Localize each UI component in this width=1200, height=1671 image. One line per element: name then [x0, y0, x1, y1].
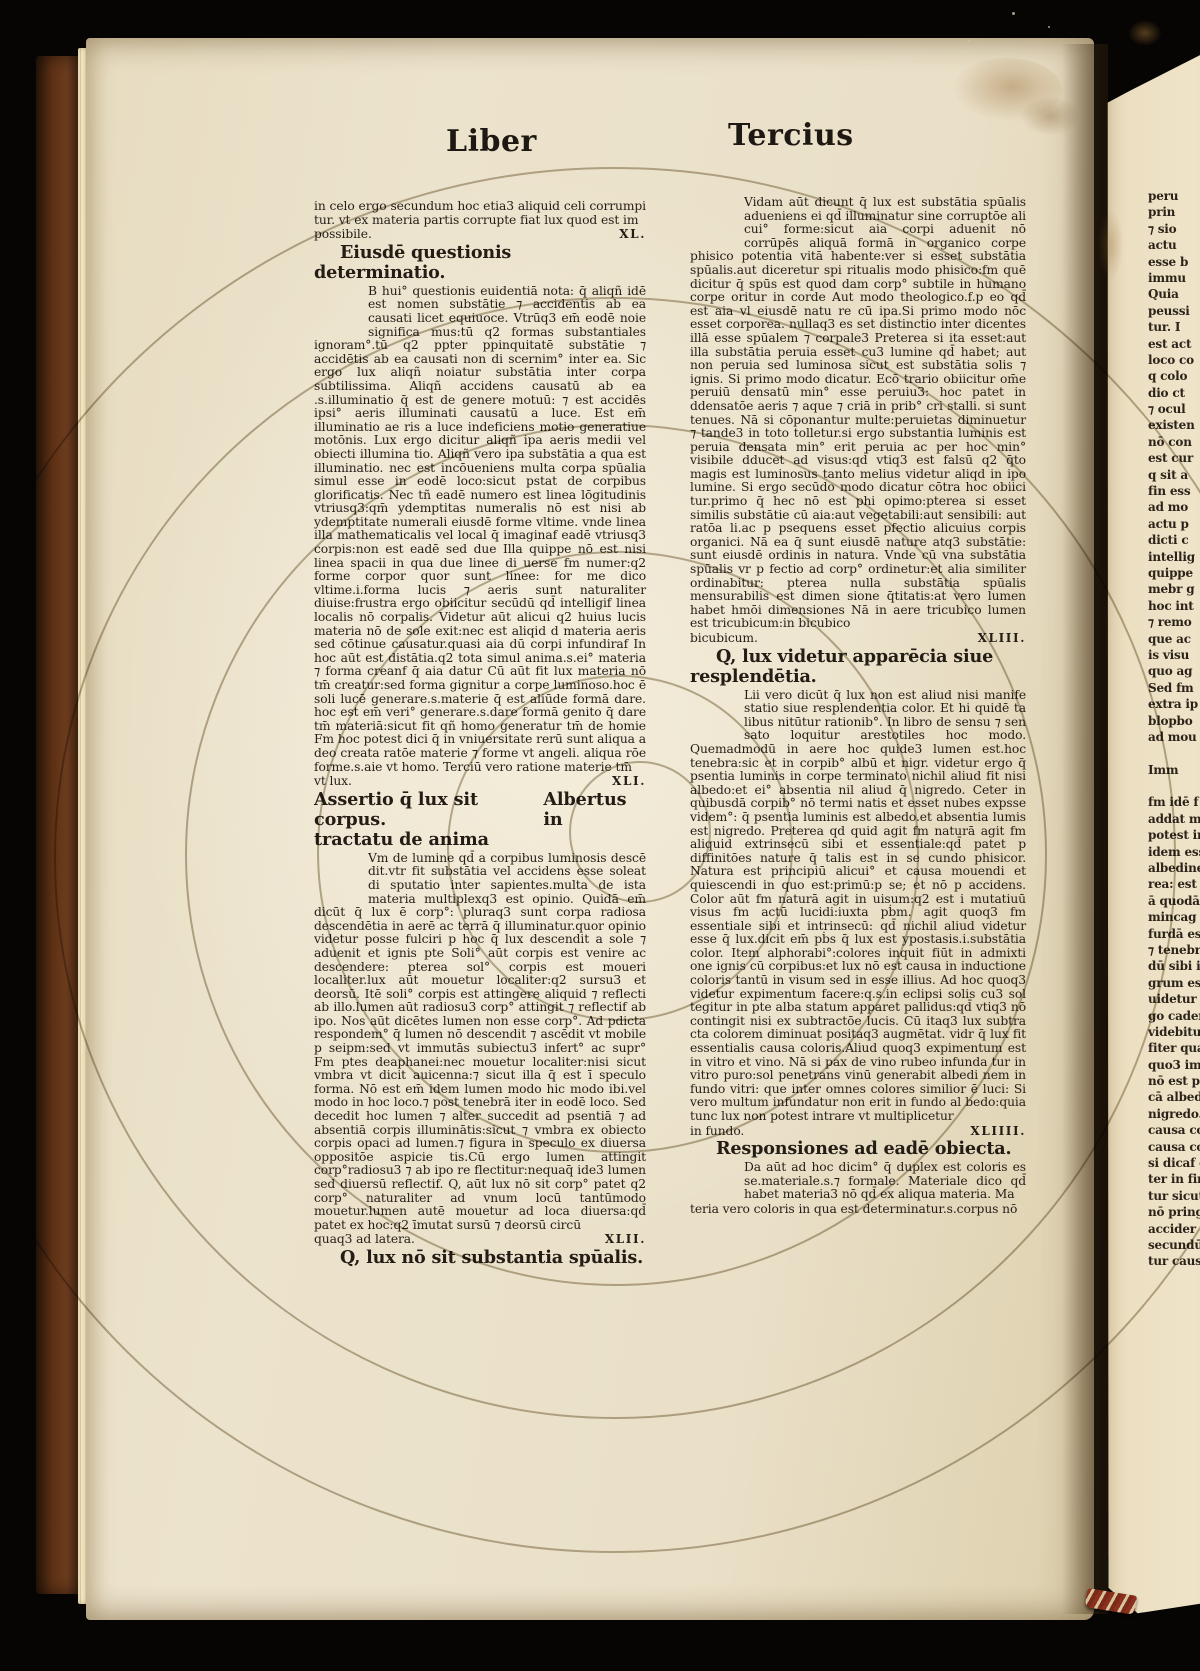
initial-letter-space	[690, 1161, 744, 1202]
edge-text-fragment: causa com	[1148, 1122, 1200, 1138]
edge-text-fragment: idem esse	[1148, 844, 1200, 860]
edge-text-fragment: potest in	[1148, 827, 1200, 843]
initial-letter-space	[690, 196, 744, 237]
initial-letter-space	[314, 852, 368, 893]
edge-text-fragment: rea: est p	[1148, 876, 1200, 892]
edge-text-fragment: intellig	[1148, 549, 1200, 565]
dust-speck	[968, 40, 970, 42]
chapter-roman-numeral: XLI.	[612, 775, 646, 789]
paragraph-text: Da aūt ad hoc dicim° q̄ duplex est color…	[744, 1160, 1026, 1201]
last-line-text: teria vero coloris in qua est determinat…	[690, 1203, 1017, 1217]
edge-text-fragment: esse b	[1148, 254, 1200, 270]
edge-text-fragment: nigredo.	[1148, 1106, 1200, 1122]
edge-text-fragment: si dicaf q̄	[1148, 1155, 1200, 1171]
edge-text-fragment: q colo	[1148, 368, 1200, 384]
text-column-left: in celo ergo secundum hoc etia3 aliquid …	[314, 200, 646, 1270]
section-heading: Assertio q̄ lux sit corpus.Albertus in	[314, 790, 646, 830]
edge-text-fragment: actu	[1148, 237, 1200, 253]
section-heading: Q, lux videtur apparēcia siue resplendēt…	[690, 647, 1026, 687]
section-heading: Q, lux nō sit substantia spūalis.	[314, 1248, 646, 1268]
text-column-right: Vidam aūt dicunt q̄ lux est substātia sp…	[690, 196, 1026, 1217]
running-header-tercius: Tercius	[728, 118, 854, 153]
last-line-text: possibile.	[314, 228, 372, 242]
heading-text: Assertio q̄ lux sit corpus.	[314, 790, 543, 830]
paragraph: Lii vero dicūt q̄ lux non est aliud nisi…	[690, 689, 1026, 1124]
edge-text-fragment: actu p	[1148, 516, 1200, 532]
edge-text-fragment: cā albedi	[1148, 1089, 1200, 1105]
edge-text-fragment: nō pring	[1148, 1204, 1200, 1220]
edge-text-fragment: quo ag	[1148, 663, 1200, 679]
edge-text-fragment: fm idē f	[1148, 794, 1200, 810]
edge-text-fragment: est act	[1148, 336, 1200, 352]
edge-text-fragment	[1148, 778, 1200, 794]
edge-text-fragment: prin	[1148, 204, 1200, 220]
paragraph: Vidam aūt dicunt q̄ lux est substātia sp…	[690, 196, 1026, 631]
edge-text-fragment: mebr g	[1148, 581, 1200, 597]
leather-board-edge	[36, 56, 80, 1594]
edge-text-fragment: q sit a	[1148, 467, 1200, 483]
edge-text-fragment: quippe	[1148, 565, 1200, 581]
chapter-roman-numeral: XLIIII.	[970, 1125, 1026, 1139]
chapter-roman-numeral: XLII.	[605, 1233, 646, 1247]
edge-text-fragment: grum est	[1148, 975, 1200, 991]
edge-text-fragment: que ac	[1148, 631, 1200, 647]
last-line-text: quaq3 ad latera.	[314, 1233, 415, 1247]
edge-text-fragment: ad mou	[1148, 729, 1200, 745]
paragraph-text: in celo ergo secundum hoc etia3 aliquid …	[314, 199, 646, 227]
paragraph-text: Vm de lumine qd̄ a corpibus luminosis de…	[314, 851, 646, 1232]
edge-text-fragment: mincag	[1148, 909, 1200, 925]
last-line-text: bicubicum.	[690, 632, 758, 646]
edge-text-fragment: ter in fin	[1148, 1171, 1200, 1187]
edge-text-fragment: existen	[1148, 417, 1200, 433]
edge-text-fragment: Quia	[1148, 286, 1200, 302]
edge-text-fragment: videbitur	[1148, 1024, 1200, 1040]
last-line-text: in fundo.	[690, 1125, 744, 1139]
edge-text-fragment: hoc int	[1148, 598, 1200, 614]
edge-text-fragment: nō est pot	[1148, 1073, 1200, 1089]
edge-text-fragment: quo3 im	[1148, 1057, 1200, 1073]
paragraph-last-line: bicubicum.XLIII.	[690, 632, 1026, 646]
paragraph: B hui° questionis euidentiā nota: q̄ ali…	[314, 285, 646, 774]
dust-speck	[1012, 12, 1015, 15]
edge-text-fragment: ⁊ remo	[1148, 614, 1200, 630]
last-line-text: vt lux.	[314, 775, 352, 789]
paragraph-last-line: vt lux.XLI.	[314, 775, 646, 789]
dust-speck	[1048, 26, 1050, 28]
heading-author: Albertus in	[543, 790, 646, 830]
paragraph: in celo ergo secundum hoc etia3 aliquid …	[314, 200, 646, 227]
paragraph-text: B hui° questionis euidentiā nota: q̄ ali…	[314, 284, 646, 774]
edge-text-fragment: causa cor	[1148, 1139, 1200, 1155]
edge-text-fragment: nō con	[1148, 434, 1200, 450]
edge-text-fragment: ad mo	[1148, 499, 1200, 515]
edge-text-fragment: tur causs	[1148, 1253, 1200, 1269]
edge-text-fragment: peussi	[1148, 303, 1200, 319]
initial-letter-space	[314, 285, 368, 326]
edge-text-fragment: tur. I	[1148, 319, 1200, 335]
edge-text-fragment: fiter qua	[1148, 1040, 1200, 1056]
edge-text-fragment: dū sibi ip	[1148, 958, 1200, 974]
edge-text-fragment: is visu	[1148, 647, 1200, 663]
facing-page-text-fragments: peruprin⁊ sioactuesse bimmuQuiapeussitur…	[1148, 188, 1200, 1270]
edge-text-fragment: ā quodā	[1148, 893, 1200, 909]
edge-text-fragment: peru	[1148, 188, 1200, 204]
edge-text-fragment: secundū	[1148, 1237, 1200, 1253]
paragraph-text: Vidam aūt dicunt q̄ lux est substātia sp…	[690, 195, 1026, 630]
initial-letter-space	[690, 689, 744, 730]
section-heading-continuation: tractatu de anima	[314, 830, 646, 850]
edge-text-fragment: furdā est	[1148, 926, 1200, 942]
chapter-roman-numeral: XLIII.	[978, 632, 1026, 646]
edge-text-fragment: loco co	[1148, 352, 1200, 368]
running-header-liber: Liber	[446, 124, 537, 159]
section-heading: Eiusdē questionis determinatio.	[314, 243, 646, 283]
edge-text-fragment: uidetur lu	[1148, 991, 1200, 1007]
foxing-stain	[1128, 20, 1162, 46]
paragraph-last-line: possibile.XL.	[314, 228, 646, 242]
edge-text-fragment	[1148, 745, 1200, 761]
edge-text-fragment: dicti c	[1148, 532, 1200, 548]
edge-text-fragment: addat m	[1148, 811, 1200, 827]
chapter-roman-numeral: XL.	[619, 228, 646, 242]
paragraph-last-line: in fundo.XLIIII.	[690, 1125, 1026, 1139]
edge-text-fragment: est cur	[1148, 450, 1200, 466]
edge-text-fragment: go cadem	[1148, 1008, 1200, 1024]
edge-text-fragment: fin ess	[1148, 483, 1200, 499]
edge-text-fragment: Imm	[1148, 762, 1200, 778]
edge-text-fragment: immu	[1148, 270, 1200, 286]
edge-text-fragment: Sed fm	[1148, 680, 1200, 696]
edge-text-fragment: ⁊ ocul	[1148, 401, 1200, 417]
paragraph-last-line: teria vero coloris in qua est determinat…	[690, 1203, 1026, 1217]
paragraph-last-line: quaq3 ad latera.XLII.	[314, 1233, 646, 1247]
edge-text-fragment: accider co	[1148, 1221, 1200, 1237]
paragraph: Vm de lumine qd̄ a corpibus luminosis de…	[314, 852, 646, 1233]
section-heading: Responsiones ad eadē obiecta.	[690, 1139, 1026, 1159]
edge-text-fragment: ⁊ tenebr	[1148, 942, 1200, 958]
edge-text-fragment: dio ct	[1148, 385, 1200, 401]
edge-text-fragment: blopbo	[1148, 713, 1200, 729]
edge-text-fragment: ⁊ sio	[1148, 221, 1200, 237]
edge-text-fragment: tur sicut	[1148, 1188, 1200, 1204]
edge-text-fragment: albedine	[1148, 860, 1200, 876]
paragraph: Da aūt ad hoc dicim° q̄ duplex est color…	[690, 1161, 1026, 1202]
edge-text-fragment: extra ip	[1148, 696, 1200, 712]
paragraph-text: Lii vero dicūt q̄ lux non est aliud nisi…	[690, 688, 1026, 1123]
